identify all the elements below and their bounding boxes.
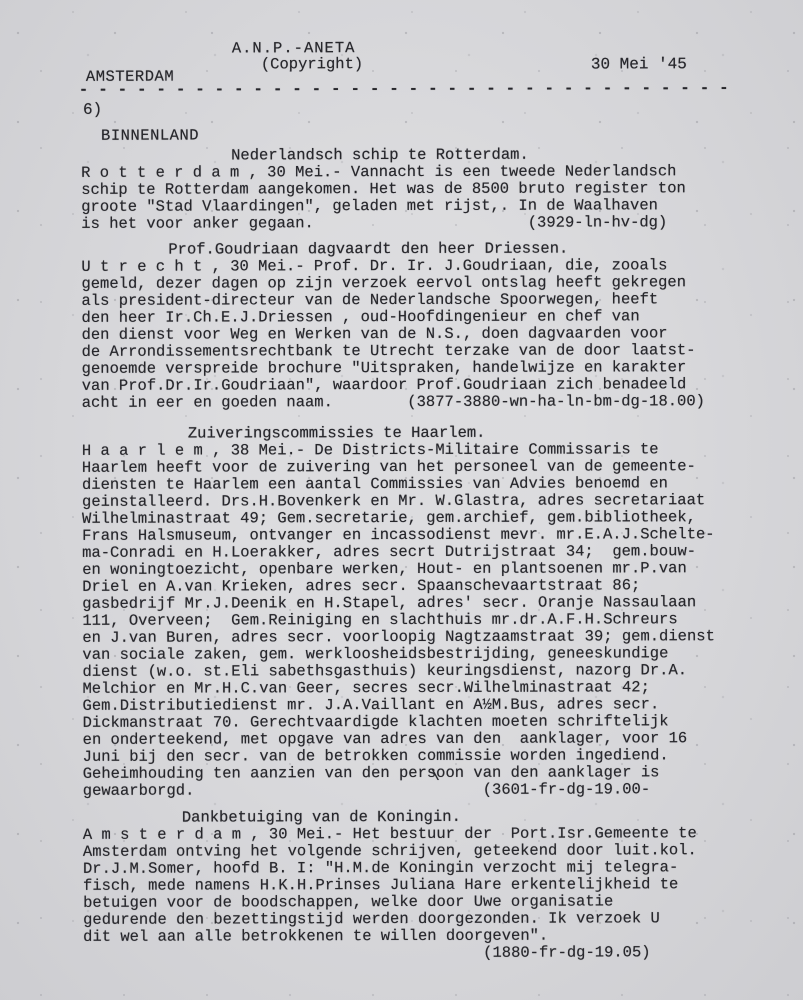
- article-dankbetuiging-koningin: Dankbetuiging van de Koningin. A m s t e…: [83, 808, 763, 963]
- date-label: 30 Mei '45: [591, 56, 687, 73]
- article-line: (1880-fr-dg-19.05): [83, 944, 763, 963]
- section-label: BINNENLAND: [101, 128, 199, 145]
- document-page: A.N.P.-ANETA (Copyright) AMSTERDAM 30 Me…: [0, 0, 803, 1000]
- copyright-line: (Copyright): [261, 56, 363, 73]
- article-ship-rotterdam: Nederlandsch schip te Rotterdam. R o t t…: [81, 146, 761, 233]
- article-line: is het voor anker gegaan. (3929-ln-hv-dg…: [81, 214, 761, 233]
- article-list: Nederlandsch schip te Rotterdam. R o t t…: [81, 146, 763, 963]
- article-line: acht in eer en goeden naam. (3877-3880-w…: [82, 393, 762, 412]
- article-zuiveringscommissies: Zuiveringscommissies te Haarlem. H a a r…: [82, 424, 763, 800]
- dashed-divider: - - - - - - - - - - - - - - - - - - - - …: [79, 80, 729, 99]
- article-goudriaan-driessen: Prof.Goudriaan dagvaardt den heer Driess…: [81, 240, 761, 412]
- page-number: 6): [83, 102, 102, 119]
- article-line: gewaarborgd. (3601-fr-dg-19.00-: [83, 781, 763, 800]
